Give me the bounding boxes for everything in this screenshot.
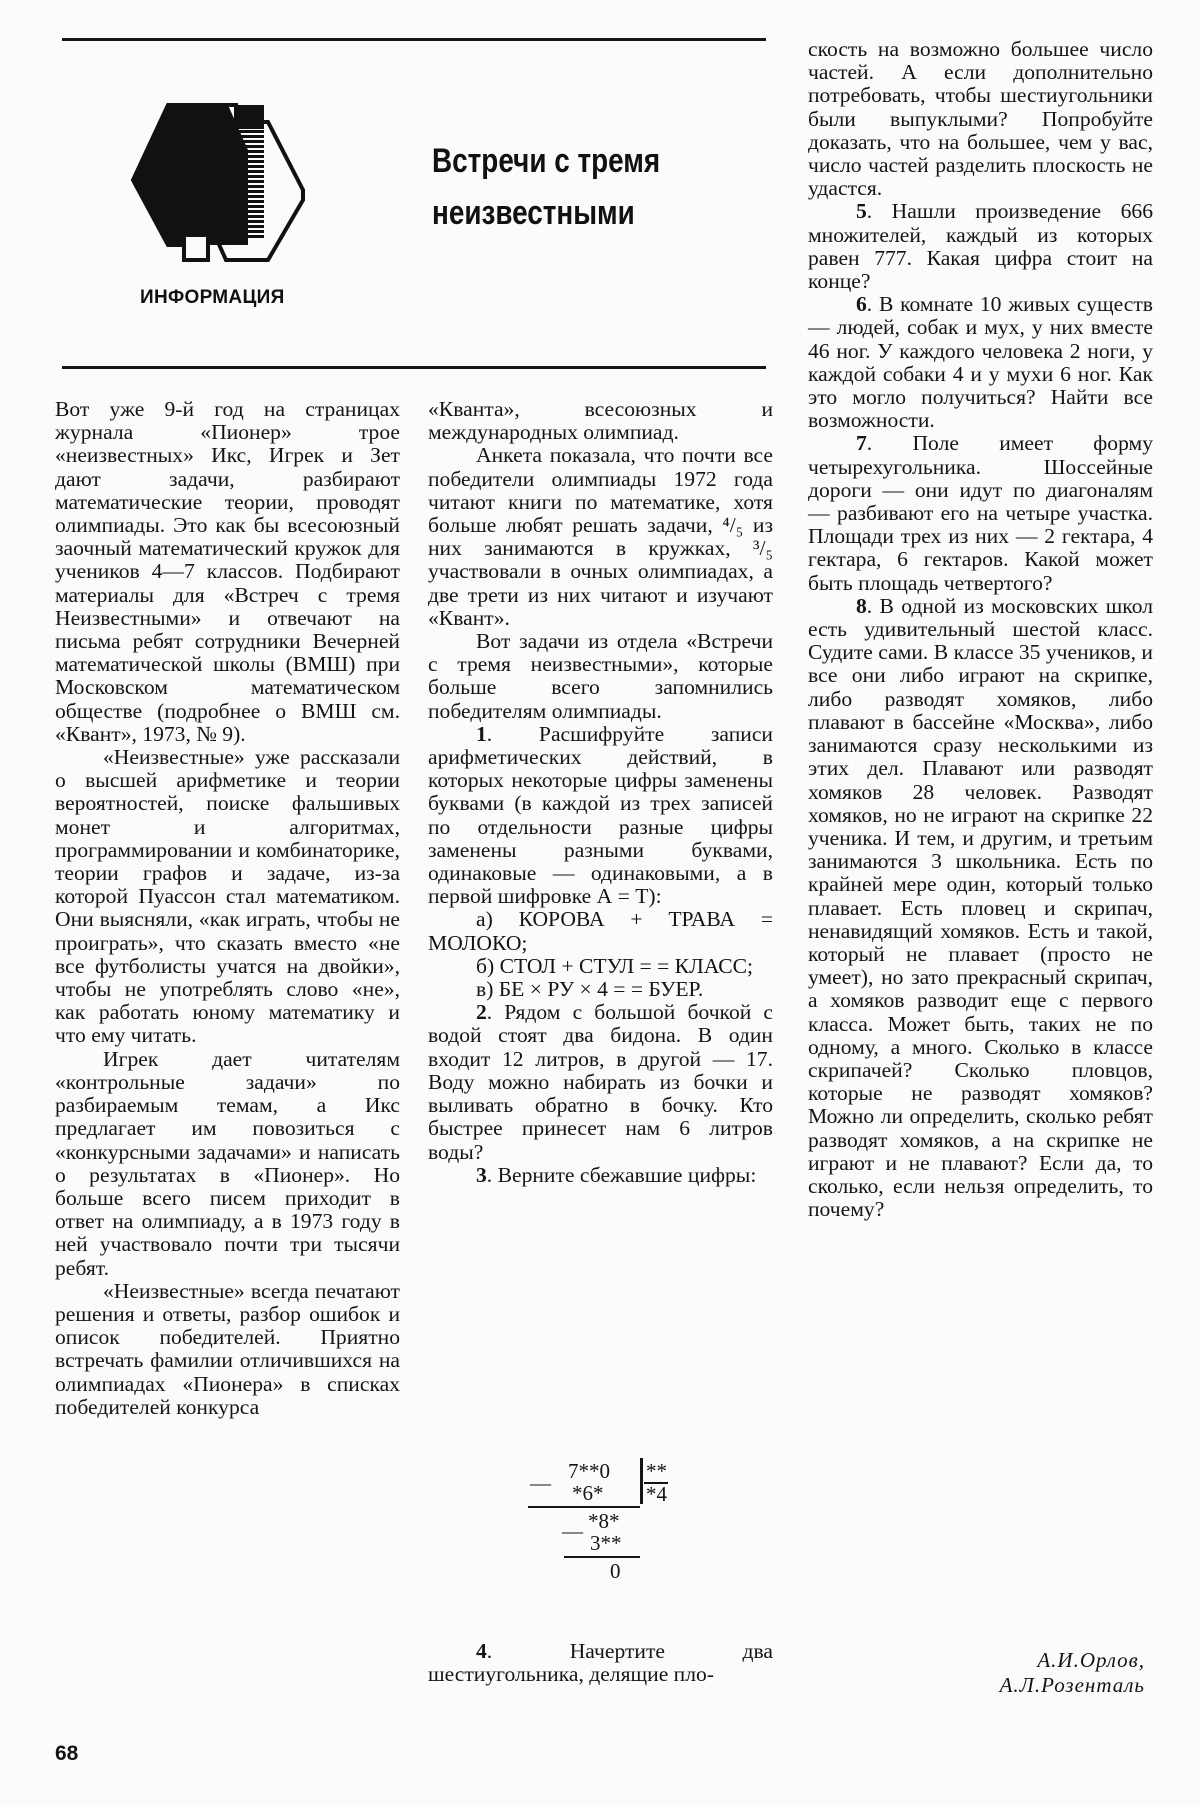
paragraph: Вот уже 9-й год на страницах журнала «Пи… [55, 398, 400, 746]
header-divider [62, 366, 766, 369]
problem-4-block: 4. Начертите два шестиугольника, делящие… [428, 1640, 773, 1686]
paragraph: «Неизвестные» уже рассказали о высшей ар… [55, 746, 400, 1048]
info-hexagon-logo-icon [128, 100, 308, 275]
author-2: А.Л.Розенталь [900, 1673, 1145, 1698]
author-1: А.И.Орлов, [900, 1648, 1145, 1673]
paragraph: «Кванта», всесоюзных и международных оли… [428, 398, 773, 444]
paragraph: Вот задачи из отдела «Встречи с тремя не… [428, 630, 773, 723]
title-line-1: Встречи с тремя [432, 135, 711, 187]
problem-8: 8. В одной из московских школ есть удиви… [808, 595, 1153, 1221]
remainder: *8* [588, 1510, 620, 1532]
dividend: 7**0 [568, 1460, 610, 1482]
title-line-2: неизвестными [432, 187, 711, 239]
paragraph: Игрек дает читателям «контрольные задачи… [55, 1048, 400, 1280]
problem-4-continuation: скость на возможно большее число частей.… [808, 38, 1153, 200]
column-1: Вот уже 9-й год на страницах журнала «Пи… [55, 398, 400, 1419]
second-subtrahend: 3** [590, 1532, 622, 1554]
problem-2: 2. Рядом с большой бочкой с водой стоят … [428, 1001, 773, 1163]
article-title: Встречи с тремя неизвестными [432, 135, 711, 239]
minus-sign: — [562, 1520, 583, 1542]
author-signature: А.И.Орлов, А.Л.Розенталь [900, 1648, 1145, 1698]
first-subtrahend: *6* [572, 1482, 604, 1504]
column-2: «Кванта», всесоюзных и международных оли… [428, 398, 773, 1187]
top-rule [62, 38, 766, 41]
problem-1: 1. Расшифруйте записи арифметических дей… [428, 723, 773, 909]
column-3: скость на возможно большее число частей.… [808, 38, 1153, 1221]
rule-2 [564, 1556, 640, 1558]
problem-1a: а) КОРОВА + ТРАВА = МОЛОКО; [428, 908, 773, 954]
long-division-puzzle: — 7**0 *6* ** *4 *8* — 3** 0 [528, 1458, 688, 1598]
problem-4: 4. Начертите два шестиугольника, делящие… [428, 1640, 773, 1686]
divisor-bar [640, 1458, 643, 1504]
problem-5: 5. Нашли произведение 666 множителей, ка… [808, 200, 1153, 293]
problem-3: 3. Верните сбежавшие цифры: [428, 1164, 773, 1187]
page-number: 68 [55, 1742, 78, 1766]
problem-6: 6. В комнате 10 живых существ — людей, с… [808, 293, 1153, 432]
quotient: *4 [646, 1483, 667, 1505]
paragraph: Анкета показала, что почти все победител… [428, 444, 773, 630]
problem-1c: в) БЕ × РУ × 4 = = БУЕР. [428, 978, 773, 1001]
section-label: ИНФОРМАЦИЯ [140, 287, 330, 309]
paragraph: «Неизвестные» всегда печатают решения и … [55, 1280, 400, 1419]
problem-1b: б) СТОЛ + СТУЛ = = КЛАСС; [428, 955, 773, 978]
rule-1 [528, 1506, 640, 1508]
divisor: ** [646, 1460, 667, 1482]
minus-sign: — [530, 1472, 551, 1494]
problem-7: 7. Поле имеет форму четырехугольника. Шо… [808, 432, 1153, 594]
final-remainder: 0 [610, 1560, 621, 1582]
